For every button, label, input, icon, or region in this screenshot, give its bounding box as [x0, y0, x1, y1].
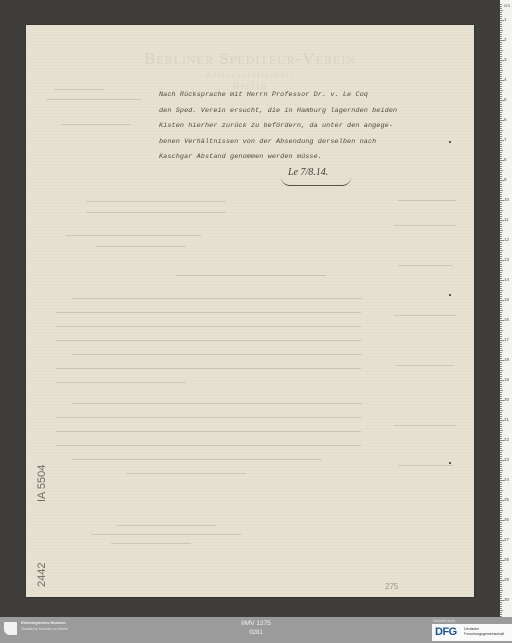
ruler-tick	[500, 180, 504, 181]
ruler-label: 1	[504, 17, 507, 22]
ruler-tick	[500, 538, 502, 539]
ruler-tick	[500, 460, 504, 461]
ruler-tick	[500, 536, 502, 537]
faint-typed-line	[54, 89, 104, 90]
ruler-label: 13	[504, 257, 509, 262]
ruler-tick	[500, 362, 502, 363]
ruler-tick	[500, 134, 502, 135]
ruler-tick	[500, 326, 502, 327]
ruler-tick	[500, 246, 502, 247]
ruler-label: 5	[504, 97, 507, 102]
ruler-tick	[500, 106, 502, 107]
ruler-tick	[500, 152, 502, 153]
ruler-tick	[500, 438, 502, 439]
ruler-tick	[500, 66, 502, 67]
signature-flourish	[281, 177, 351, 186]
ruler-tick	[500, 440, 504, 441]
ruler-tick	[500, 264, 502, 265]
ruler-tick	[500, 292, 502, 293]
ruler-tick	[500, 554, 502, 555]
ruler-tick	[500, 418, 502, 419]
ruler-tick	[500, 280, 504, 281]
ruler-tick	[500, 118, 502, 119]
ruler-tick	[500, 358, 502, 359]
faint-body-line	[56, 326, 361, 327]
ruler-tick	[500, 70, 503, 71]
ruler-tick	[500, 370, 503, 371]
ruler-tick	[500, 486, 502, 487]
ruler-tick	[500, 390, 503, 391]
ruler-tick	[500, 502, 502, 503]
ruler-tick	[500, 374, 502, 375]
ruler-label: 4	[504, 77, 507, 82]
ruler-tick	[500, 92, 502, 93]
ruler-tick	[500, 112, 502, 113]
ruler-tick	[500, 322, 502, 323]
ruler-tick	[500, 72, 502, 73]
ruler-tick	[500, 402, 502, 403]
ruler-tick	[500, 534, 502, 535]
ruler-tick	[500, 74, 502, 75]
ruler-tick	[500, 446, 502, 447]
ruler-tick	[500, 176, 502, 177]
cm-ruler: cm 1 2 3 4 5 6 7 8 9 10 11 12 13 14 15 1…	[500, 0, 512, 617]
ruler-tick	[500, 146, 502, 147]
ruler-tick	[500, 366, 502, 367]
ruler-tick	[500, 232, 502, 233]
ruler-label: 27	[504, 537, 509, 542]
ruler-tick	[500, 80, 504, 81]
faint-margin-line	[396, 365, 454, 366]
ruler-tick	[500, 284, 502, 285]
ruler-label: 26	[504, 517, 509, 522]
ruler-tick	[500, 504, 502, 505]
ruler-tick	[500, 428, 502, 429]
ruler-tick	[500, 424, 502, 425]
ruler-tick	[500, 90, 503, 91]
ruler-tick	[500, 448, 502, 449]
ruler-tick	[500, 50, 503, 51]
ruler-tick	[500, 308, 502, 309]
faint-body-line	[56, 382, 186, 383]
ruler-tick	[500, 468, 502, 469]
ruler-label: 14	[504, 277, 509, 282]
ruler-tick	[500, 274, 502, 275]
ruler-tick	[500, 148, 502, 149]
ruler-tick	[500, 332, 502, 333]
ruler-label: 22	[504, 437, 509, 442]
ruler-tick	[500, 372, 502, 373]
ruler-tick	[500, 186, 502, 187]
ruler-tick	[500, 474, 502, 475]
ruler-tick	[500, 606, 502, 607]
ruler-tick	[500, 318, 502, 319]
ruler-tick	[500, 282, 502, 283]
ruler-tick	[500, 360, 504, 361]
ruler-tick	[500, 212, 502, 213]
ruler-label: 15	[504, 297, 509, 302]
ruler-tick	[500, 46, 502, 47]
ruler-tick	[500, 458, 502, 459]
ruler-tick	[500, 116, 502, 117]
ruler-tick	[500, 32, 502, 33]
ruler-tick	[500, 140, 504, 141]
ruler-tick	[500, 86, 502, 87]
ruler-tick	[500, 52, 502, 53]
ruler-tick	[500, 400, 504, 401]
ruler-tick	[500, 150, 503, 151]
ruler-tick	[500, 434, 502, 435]
faint-body-line	[56, 340, 361, 341]
ruler-tick	[500, 114, 502, 115]
ruler-tick	[500, 394, 502, 395]
ruler-tick	[500, 58, 502, 59]
ruler-tick	[500, 514, 502, 515]
ruler-tick	[500, 190, 503, 191]
ruler-tick	[500, 312, 502, 313]
ruler-tick	[500, 614, 502, 615]
ruler-label: 24	[504, 477, 509, 482]
faint-typed-line	[61, 124, 131, 125]
ruler-tick	[500, 546, 502, 547]
ruler-tick	[500, 450, 503, 451]
ruler-tick	[500, 26, 502, 27]
ruler-tick	[500, 604, 502, 605]
ruler-label: 16	[504, 317, 509, 322]
ruler-label: 18	[504, 357, 509, 362]
ruler-label: 29	[504, 577, 509, 582]
ruler-tick	[500, 404, 502, 405]
faint-typed-line	[96, 246, 186, 247]
ruler-tick	[500, 200, 504, 201]
ruler-tick	[500, 432, 502, 433]
document-page: Berliner Spediteur-Verein Aktiengesellsc…	[26, 25, 474, 597]
ruler-tick	[500, 40, 504, 41]
ruler-tick	[500, 250, 503, 251]
ruler-tick	[500, 480, 504, 481]
ruler-tick	[500, 414, 502, 415]
ruler-tick	[500, 166, 502, 167]
dfg-name: Deutsche Forschungsgemeinschaft	[464, 627, 504, 637]
faint-body-line	[56, 312, 361, 313]
ruler-tick	[500, 408, 502, 409]
ruler-tick	[500, 84, 502, 85]
ruler-tick	[500, 122, 502, 123]
ruler-tick	[500, 352, 502, 353]
ruler-tick	[500, 426, 502, 427]
ruler-tick	[500, 568, 502, 569]
ruler-tick	[500, 336, 502, 337]
ruler-tick	[500, 108, 502, 109]
ruler-tick	[500, 96, 502, 97]
ruler-tick	[500, 224, 502, 225]
ruler-tick	[500, 310, 503, 311]
ruler-tick	[500, 558, 502, 559]
faint-typed-line	[86, 201, 226, 202]
faint-typed-line	[46, 99, 141, 100]
ruler-label: 12	[504, 237, 509, 242]
ruler-tick	[500, 602, 502, 603]
ruler-tick	[500, 242, 502, 243]
note-line: benen Verhältnissen von der Absendung de…	[159, 135, 459, 151]
ruler-tick	[500, 56, 502, 57]
ruler-tick	[500, 22, 502, 23]
ruler-tick	[500, 4, 502, 5]
ruler-tick	[500, 476, 502, 477]
ruler-tick	[500, 252, 502, 253]
ruler-tick	[500, 574, 502, 575]
ruler-tick	[500, 442, 502, 443]
ruler-tick	[500, 158, 502, 159]
ruler-tick	[500, 272, 502, 273]
ruler-tick	[500, 278, 502, 279]
ruler-tick	[500, 162, 502, 163]
ruler-tick	[500, 410, 503, 411]
ruler-tick	[500, 516, 502, 517]
ruler-label: 8	[504, 157, 507, 162]
ruler-tick	[500, 94, 502, 95]
ruler-tick	[500, 248, 502, 249]
ruler-tick	[500, 126, 502, 127]
ruler-tick	[500, 500, 504, 501]
ruler-tick	[500, 594, 502, 595]
ruler-tick	[500, 168, 502, 169]
ruler-tick	[500, 320, 504, 321]
ruler-label: 19	[504, 377, 509, 382]
ruler-tick	[500, 54, 502, 55]
ruler-tick	[500, 386, 502, 387]
faint-body-line	[56, 445, 361, 446]
ruler-tick	[500, 368, 502, 369]
ruler-tick	[500, 194, 502, 195]
ruler-tick	[500, 364, 502, 365]
ruler-tick	[500, 178, 502, 179]
ruler-label: 3	[504, 57, 507, 62]
ruler-tick	[500, 518, 502, 519]
faint-body-line	[72, 403, 362, 404]
ruler-label: 28	[504, 557, 509, 562]
ruler-tick	[500, 598, 502, 599]
funding-label: Gefördert durch	[433, 619, 455, 623]
handwritten-note: Nach Rücksprache mit Herrn Professor Dr.…	[159, 88, 459, 166]
ruler-tick	[500, 268, 502, 269]
ruler-tick	[500, 286, 502, 287]
ruler-tick	[500, 482, 502, 483]
ruler-tick	[500, 14, 502, 15]
ruler-tick	[500, 130, 503, 131]
ruler-tick	[500, 144, 502, 145]
ruler-tick	[500, 60, 504, 61]
ruler-tick	[500, 392, 502, 393]
ruler-tick	[500, 510, 503, 511]
ruler-tick	[500, 228, 502, 229]
punch-mark	[449, 294, 451, 296]
dfg-badge: DFG Deutsche Forschungsgemeinschaft	[432, 624, 512, 641]
ruler-tick	[500, 550, 503, 551]
ruler-tick	[500, 204, 502, 205]
ruler-tick	[500, 580, 504, 581]
punch-mark	[449, 141, 451, 143]
ruler-tick	[500, 208, 502, 209]
ruler-tick	[500, 218, 502, 219]
ruler-tick	[500, 196, 502, 197]
ruler-tick	[500, 596, 502, 597]
ruler-tick	[500, 384, 502, 385]
punch-mark	[449, 462, 451, 464]
ruler-tick	[500, 540, 504, 541]
ruler-tick	[500, 124, 502, 125]
ruler-tick	[500, 520, 504, 521]
ruler-tick	[500, 430, 503, 431]
ruler-tick	[500, 34, 502, 35]
ruler-tick	[500, 230, 503, 231]
ruler-tick	[500, 526, 502, 527]
ruler-tick	[500, 222, 502, 223]
ruler-tick	[500, 10, 503, 11]
ruler-tick	[500, 276, 502, 277]
faint-body-line	[126, 473, 246, 474]
ruler-tick	[500, 378, 502, 379]
ruler-tick	[500, 100, 504, 101]
dfg-logo-icon: DFG	[435, 626, 457, 638]
ruler-tick	[500, 206, 502, 207]
ruler-tick	[500, 132, 502, 133]
ruler-tick	[500, 302, 502, 303]
faint-signature-line	[111, 543, 191, 544]
ruler-tick	[500, 342, 502, 343]
ruler-tick	[500, 416, 502, 417]
ruler-tick	[500, 548, 502, 549]
ruler-tick	[500, 466, 502, 467]
ruler-tick	[500, 562, 502, 563]
note-line: Nach Rücksprache mit Herrn Professor Dr.…	[159, 88, 459, 104]
ruler-label: 11	[504, 217, 509, 222]
ruler-tick	[500, 464, 502, 465]
ruler-tick	[500, 294, 502, 295]
ruler-tick	[500, 6, 502, 7]
ruler-tick	[500, 296, 502, 297]
ruler-tick	[500, 192, 502, 193]
faint-margin-line	[394, 225, 456, 226]
ruler-tick	[500, 110, 503, 111]
faint-margin-line	[398, 465, 453, 466]
ruler-tick	[500, 44, 502, 45]
ruler-tick	[500, 64, 502, 65]
ruler-label: 9	[504, 177, 507, 182]
ruler-tick	[500, 262, 502, 263]
faint-body-line	[56, 368, 361, 369]
ruler-tick	[500, 492, 502, 493]
ruler-tick	[500, 138, 502, 139]
ruler-tick	[500, 340, 504, 341]
ruler-tick	[500, 380, 504, 381]
faint-body-line	[72, 298, 362, 299]
pencil-catalog-number: IA 5504	[36, 465, 48, 502]
ruler-tick	[500, 42, 502, 43]
ruler-tick	[500, 544, 502, 545]
ruler-tick	[500, 324, 502, 325]
ruler-tick	[500, 214, 502, 215]
ruler-tick	[500, 382, 502, 383]
ruler-tick	[500, 290, 503, 291]
ruler-tick	[500, 608, 502, 609]
ruler-label: 17	[504, 337, 509, 342]
ruler-tick	[500, 506, 502, 507]
note-line: den Sped. Verein ersucht, die in Hamburg…	[159, 104, 459, 120]
ruler-tick	[500, 462, 502, 463]
ruler-tick	[500, 346, 502, 347]
ruler-tick	[500, 396, 502, 397]
ruler-tick	[500, 330, 503, 331]
ruler-tick	[500, 98, 502, 99]
ruler-tick	[500, 256, 502, 257]
ruler-tick	[500, 600, 504, 601]
ruler-tick	[500, 288, 502, 289]
ruler-tick	[500, 154, 502, 155]
ruler-label: 23	[504, 457, 509, 462]
note-line: Kaschgar Abstand genommen werden müsse.	[159, 150, 459, 166]
ruler-tick	[500, 260, 504, 261]
ruler-tick	[500, 586, 502, 587]
faint-margin-line	[394, 425, 456, 426]
ruler-tick	[500, 512, 502, 513]
ruler-tick	[500, 198, 502, 199]
ruler-tick	[500, 572, 502, 573]
ruler-tick	[500, 240, 504, 241]
ruler-tick	[500, 334, 502, 335]
ruler-tick	[500, 184, 502, 185]
ruler-tick	[500, 164, 502, 165]
ruler-tick	[500, 406, 502, 407]
ruler-tick	[500, 436, 502, 437]
ruler-tick	[500, 238, 502, 239]
ruler-tick	[500, 306, 502, 307]
ruler-label: 20	[504, 397, 509, 402]
ruler-tick	[500, 376, 502, 377]
ruler-tick	[500, 188, 502, 189]
faint-signature-line	[116, 525, 216, 526]
ruler-tick	[500, 388, 502, 389]
ruler-tick	[500, 590, 503, 591]
faint-margin-line	[398, 265, 453, 266]
ruler-tick	[500, 48, 502, 49]
ruler-tick	[500, 592, 502, 593]
archive-footer: Ethnologisches Museum Staatliche Museen …	[0, 617, 512, 643]
ruler-tick	[500, 576, 502, 577]
pencil-number: 2442	[36, 563, 48, 587]
ruler-tick	[500, 328, 502, 329]
ruler-tick	[500, 82, 502, 83]
ruler-tick	[500, 12, 502, 13]
faint-body-line	[72, 354, 362, 355]
ruler-tick	[500, 254, 502, 255]
ruler-tick	[500, 578, 502, 579]
ruler-tick	[500, 220, 504, 221]
ruler-tick	[500, 556, 502, 557]
ruler-tick	[500, 582, 502, 583]
ruler-tick	[500, 266, 502, 267]
faint-typed-heading	[176, 275, 326, 276]
ruler-tick	[500, 344, 502, 345]
ruler-tick	[500, 300, 504, 301]
ruler-tick	[500, 496, 502, 497]
ruler-tick	[500, 18, 502, 19]
ruler-tick	[500, 120, 504, 121]
ruler-tick	[500, 454, 502, 455]
faint-margin-column	[386, 195, 464, 495]
ruler-label: 2	[504, 37, 507, 42]
ruler-tick	[500, 354, 502, 355]
